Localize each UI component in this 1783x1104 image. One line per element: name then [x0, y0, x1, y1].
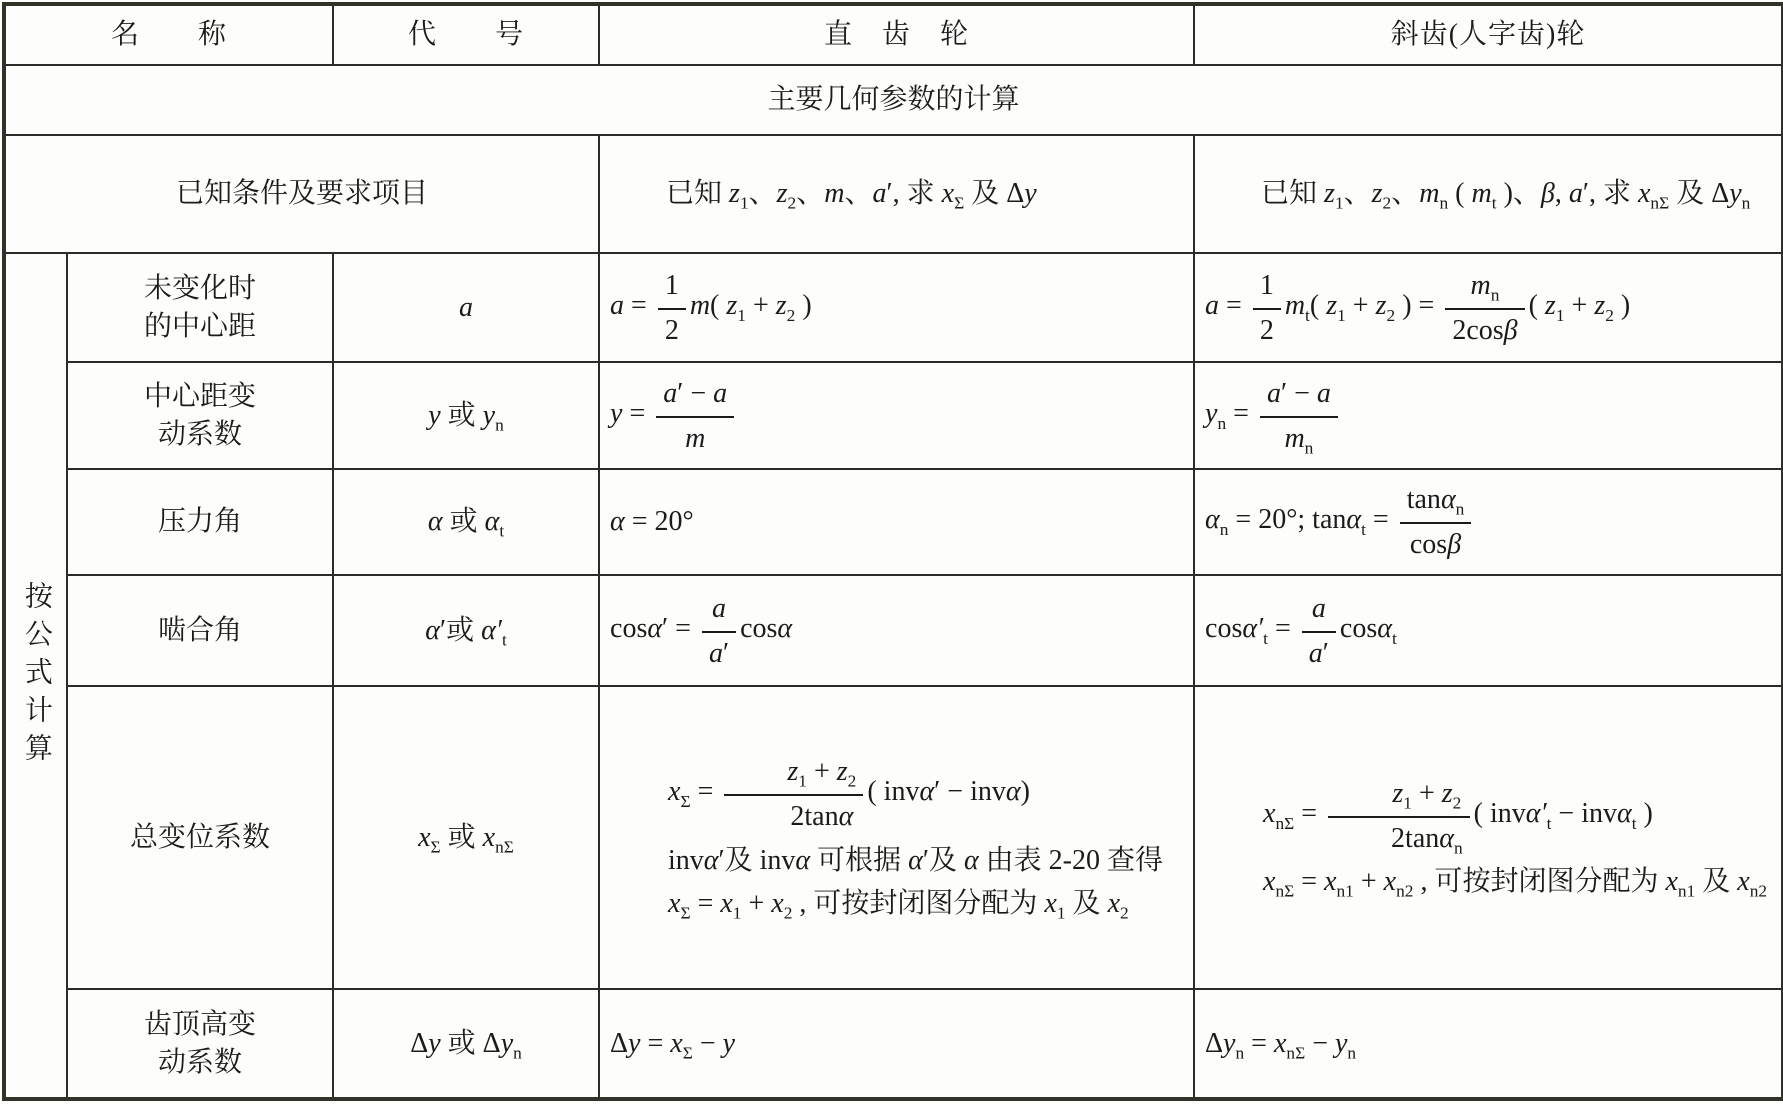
formula-line: αn = 20°; tanαt = tanαncosβ	[1205, 480, 1771, 564]
param-symbol: xΣ 或 xnΣ	[333, 686, 599, 989]
table-header-row: 名 称 代 号 直 齿 轮 斜齿(人字齿)轮	[4, 4, 1783, 65]
row-pressure-angle: 压力角 α 或 αt α = 20° αn = 20°; tanαt = tan…	[4, 469, 1783, 575]
formula-line: invα′及 invα 可根据 α′及 α 由表 2-20 查得	[612, 842, 1181, 880]
param-formula-spur: cosα′ = aa′cosα	[599, 575, 1194, 686]
header-helical-gear-column: 斜齿(人字齿)轮	[1194, 4, 1783, 65]
param-formula-spur: α = 20°	[599, 469, 1194, 575]
row-meshing-angle: 啮合角 α′或 α′t cosα′ = aa′cosα cosα′t = aa′…	[4, 575, 1783, 686]
formula-line: xnΣ = xn1 + xn2 , 可按封闭图分配为 xn1 及 xn2	[1207, 863, 1769, 901]
formula-line: 已知 z1、z2、m、a′, 求 xΣ 及 Δy	[610, 175, 1183, 213]
param-formula-spur: xΣ = z1 + z22tanα( invα′ − invα)invα′及 i…	[599, 686, 1194, 989]
param-formula-spur: Δy = xΣ − y	[599, 989, 1194, 1099]
known-conditions-helical: 已知 z1、z2、mn ( mt )、β, a′, 求 xnΣ 及 Δyn	[1194, 135, 1783, 253]
formula-line: Δyn = xnΣ − yn	[1205, 1025, 1771, 1063]
formula-line: α′或 α′t	[344, 612, 588, 650]
row-total-modification-coefficient: 总变位系数 xΣ 或 xnΣ xΣ = z1 + z22tanα( invα′ …	[4, 686, 1783, 989]
param-name: 啮合角	[67, 575, 333, 686]
formula-line: xΣ 或 xnΣ	[344, 819, 588, 857]
formula-line: cosα′t = aa′cosαt	[1205, 589, 1771, 673]
formula-line: xnΣ = z1 + z22tanαn( invα′t − invαt )	[1207, 774, 1769, 858]
gear-geometry-parameter-table: 名 称 代 号 直 齿 轮 斜齿(人字齿)轮 主要几何参数的计算 已知条件及要求…	[2, 2, 1783, 1101]
param-symbol: Δy 或 Δyn	[333, 989, 599, 1099]
param-formula-spur: y = a′ − am	[599, 362, 1194, 469]
param-symbol: α′或 α′t	[333, 575, 599, 686]
formula-line: 已知 z1、z2、mn ( mt )、β, a′, 求 xnΣ 及 Δyn	[1205, 175, 1771, 213]
formula-line: yn = a′ − amn	[1205, 374, 1771, 458]
param-symbol: y 或 yn	[333, 362, 599, 469]
row-addendum-modification-coefficient: 齿顶高变 动系数 Δy 或 Δyn Δy = xΣ − y Δyn = xnΣ …	[4, 989, 1783, 1099]
formula-line: y = a′ − am	[610, 374, 1183, 458]
formula-line: xΣ = x1 + x2 , 可按封闭图分配为 x1 及 x2	[612, 885, 1181, 923]
row-unmodified-center-distance: 按公式计算 未变化时 的中心距 a a = 12m( z1 + z2 ) a =…	[4, 253, 1783, 362]
param-formula-spur: a = 12m( z1 + z2 )	[599, 253, 1194, 362]
formula-line: Δy 或 Δyn	[344, 1025, 588, 1063]
param-formula-helical: yn = a′ − amn	[1194, 362, 1783, 469]
param-name: 未变化时 的中心距	[67, 253, 333, 362]
formula-line: a = 12m( z1 + z2 )	[610, 266, 1183, 350]
param-formula-helical: a = 12mt( z1 + z2 ) = mn2cosβ( z1 + z2 )	[1194, 253, 1783, 362]
known-conditions-row: 已知条件及要求项目 已知 z1、z2、m、a′, 求 xΣ 及 Δy 已知 z1…	[4, 135, 1783, 253]
known-conditions-spur: 已知 z1、z2、m、a′, 求 xΣ 及 Δy	[599, 135, 1194, 253]
known-conditions-label: 已知条件及要求项目	[4, 135, 599, 253]
param-formula-helical: cosα′t = aa′cosαt	[1194, 575, 1783, 686]
param-symbol: α 或 αt	[333, 469, 599, 575]
section-title-row: 主要几何参数的计算	[4, 65, 1783, 135]
formula-line: α 或 αt	[344, 503, 588, 541]
param-name: 总变位系数	[67, 686, 333, 989]
section-title: 主要几何参数的计算	[4, 65, 1783, 135]
header-name-column: 名 称	[4, 4, 333, 65]
param-formula-helical: xnΣ = z1 + z22tanαn( invα′t − invαt )xnΣ…	[1194, 686, 1783, 989]
header-spur-gear-column: 直 齿 轮	[599, 4, 1194, 65]
formula-line: a	[344, 289, 588, 327]
formula-line: y 或 yn	[344, 397, 588, 435]
scanned-gear-parameter-table-page: 名 称 代 号 直 齿 轮 斜齿(人字齿)轮 主要几何参数的计算 已知条件及要求…	[0, 0, 1783, 1104]
param-name: 中心距变 动系数	[67, 362, 333, 469]
formula-line: a = 12mt( z1 + z2 ) = mn2cosβ( z1 + z2 )	[1205, 266, 1771, 350]
param-name: 压力角	[67, 469, 333, 575]
param-formula-helical: Δyn = xnΣ − yn	[1194, 989, 1783, 1099]
row-center-distance-modification-coefficient: 中心距变 动系数 y 或 yn y = a′ − am yn = a′ − am…	[4, 362, 1783, 469]
formula-line: α = 20°	[610, 503, 1183, 541]
side-label-calculated-by-formula: 按公式计算	[4, 253, 67, 1099]
param-formula-helical: αn = 20°; tanαt = tanαncosβ	[1194, 469, 1783, 575]
header-symbol-column: 代 号	[333, 4, 599, 65]
param-symbol: a	[333, 253, 599, 362]
formula-line: cosα′ = aa′cosα	[610, 589, 1183, 673]
formula-line: Δy = xΣ − y	[610, 1025, 1183, 1063]
param-name: 齿顶高变 动系数	[67, 989, 333, 1099]
formula-line: xΣ = z1 + z22tanα( invα′ − invα)	[612, 752, 1181, 836]
